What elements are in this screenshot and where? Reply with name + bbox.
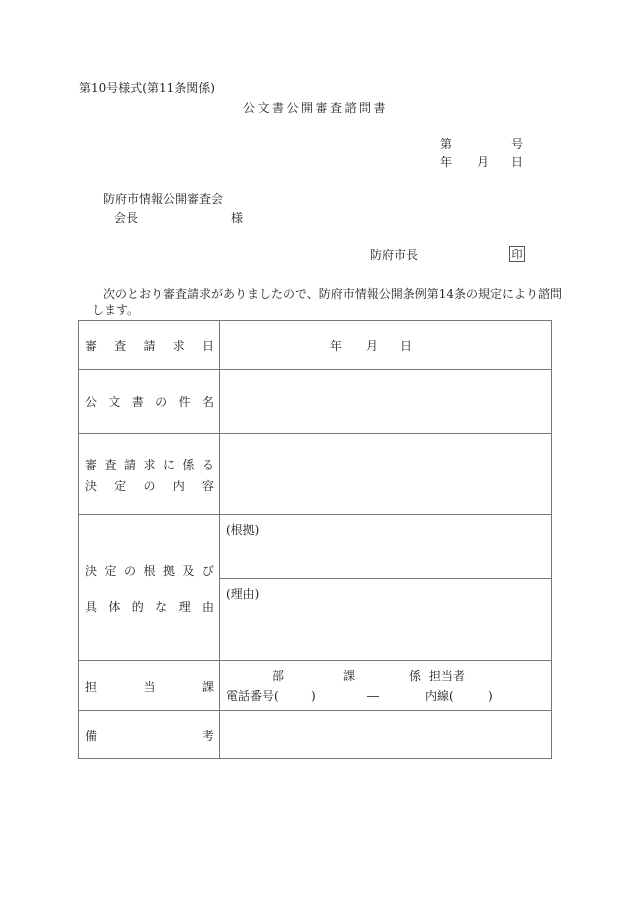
label-char: 決 [85,480,97,492]
addressee-honorific: 様 [231,212,243,224]
label-char: 根 [143,565,155,577]
subrow-divider [219,578,551,579]
date-year: 年 [440,156,452,168]
request-date-year[interactable]: 年 [330,340,342,352]
dept-label: 部 [272,670,284,682]
label-char: 審 [85,340,97,352]
label-char: 求 [173,340,185,352]
label-char: の [124,565,136,577]
label-char: に [163,459,175,471]
label-char: 件 [179,396,191,408]
label-decision-content-line2: 決 定 の 内 容 [85,480,214,492]
section-label: 課 [343,670,355,682]
label-char: の [143,480,155,492]
date-day: 日 [511,156,523,168]
seal-icon: 印 [509,246,525,262]
body-text-line1: 次のとおり審査請求がありましたので、防府市情報公開条例第14条の規定により諮問 [103,288,562,300]
label-char: な [155,601,167,613]
label-char: び [202,565,214,577]
sender-name: 防府市長 [370,249,418,261]
reason-label: (理由) [226,588,259,600]
label-basis-reason-line1: 決 定 の 根 拠 及 び [85,565,214,577]
label-char: 求 [143,459,155,471]
label-char: 拠 [163,565,175,577]
row-divider [79,660,551,661]
person-label: 担当者 [429,670,465,682]
label-char: 容 [202,480,214,492]
extension-label: 内線( [425,690,454,702]
doc-number-suffix: 号 [511,138,523,150]
label-char: る [202,459,214,471]
label-request-date: 審 査 請 求 日 [85,340,214,352]
request-date-month[interactable]: 月 [366,340,378,352]
label-remarks: 備 考 [85,730,214,742]
label-char: 定 [114,480,126,492]
unit-label: 係 [409,670,421,682]
decision-content-field[interactable] [220,434,552,514]
label-char: 係 [182,459,194,471]
label-document-name: 公 文 書 の 件 名 [85,396,214,408]
label-char: 名 [202,396,214,408]
phone-close: ) [311,690,316,702]
form-number: 第10号様式(第11条関係) [79,82,215,94]
label-char: 審 [85,459,97,471]
phone-label: 電話番号( [226,690,279,702]
label-char: 文 [108,396,120,408]
date-month: 月 [477,156,489,168]
inquiry-table: 審 査 請 求 日 年 月 日 公 文 書 の 件 名 審 査 請 求 に 係 … [78,320,552,759]
label-char: 具 [85,601,97,613]
row-divider [79,514,551,515]
label-char: 請 [124,459,136,471]
label-char: 当 [143,681,155,693]
label-char: の [155,396,167,408]
label-char: 担 [85,681,97,693]
label-char: 請 [143,340,155,352]
label-char: 的 [132,601,144,613]
extension-close: ) [488,690,493,702]
label-char: 査 [114,340,126,352]
label-char: 由 [202,601,214,613]
addressee-position: 会長 [114,212,138,224]
label-char: 考 [202,730,214,742]
remarks-field[interactable] [220,711,552,759]
document-title: 公文書公開審査諮問書 [243,102,388,114]
label-char: 決 [85,565,97,577]
label-char: 理 [179,601,191,613]
body-text-line2: します。 [92,304,139,316]
label-char: 備 [85,730,97,742]
label-decision-content-line1: 審 査 請 求 に 係 る [85,459,214,471]
phone-dash: ― [367,690,379,702]
request-date-day[interactable]: 日 [400,340,412,352]
addressee-organization: 防府市情報公開審査会 [103,193,223,205]
label-char: 体 [108,601,120,613]
document-name-field[interactable] [220,370,552,433]
label-char: 日 [202,340,214,352]
label-basis-reason-line2: 具 体 的 な 理 由 [85,601,214,613]
label-char: 書 [132,396,144,408]
label-char: 定 [104,565,116,577]
doc-number-prefix: 第 [440,138,452,150]
basis-label: (根拠) [226,524,259,536]
label-char: 内 [173,480,185,492]
label-char: 公 [85,396,97,408]
label-department: 担 当 課 [85,681,214,693]
label-char: 及 [182,565,194,577]
label-char: 査 [104,459,116,471]
label-char: 課 [202,681,214,693]
